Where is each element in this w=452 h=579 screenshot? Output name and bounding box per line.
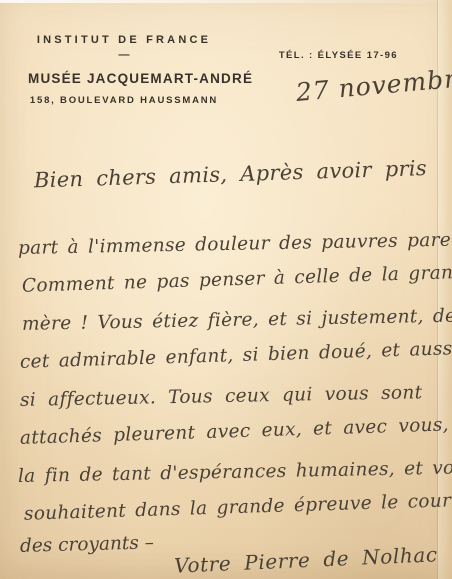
letter-scan: INSTITUT DE FRANCE — MUSÉE JACQUEMART-AN… <box>0 0 452 579</box>
letter-closing: des croyants – <box>16 532 154 557</box>
letter-page: INSTITUT DE FRANCE — MUSÉE JACQUEMART-AN… <box>0 0 452 579</box>
signature: Votre Pierre de Nolhac <box>174 542 444 578</box>
handwritten-date: 27 novembre <box>295 64 452 107</box>
letterhead-divider: — <box>28 49 220 61</box>
institution-name: INSTITUT DE FRANCE <box>28 34 220 46</box>
letter-body: Bien chers amis, Après avoir pris part à… <box>16 160 444 579</box>
letterhead: INSTITUT DE FRANCE — MUSÉE JACQUEMART-AN… <box>28 34 220 106</box>
letter-line: Bien chers amis, Après avoir pris <box>15 147 444 202</box>
closing-line: des croyants – Votre Pierre de Nolhac <box>16 536 444 579</box>
scan-top-edge <box>0 0 452 3</box>
museum-name: MUSÉE JACQUEMART-ANDRÉ <box>28 71 220 86</box>
museum-address: 158, BOULEVARD HAUSSMANN <box>28 95 220 106</box>
telephone-number: TÉL. : ÉLYSÉE 17-96 <box>279 50 398 61</box>
